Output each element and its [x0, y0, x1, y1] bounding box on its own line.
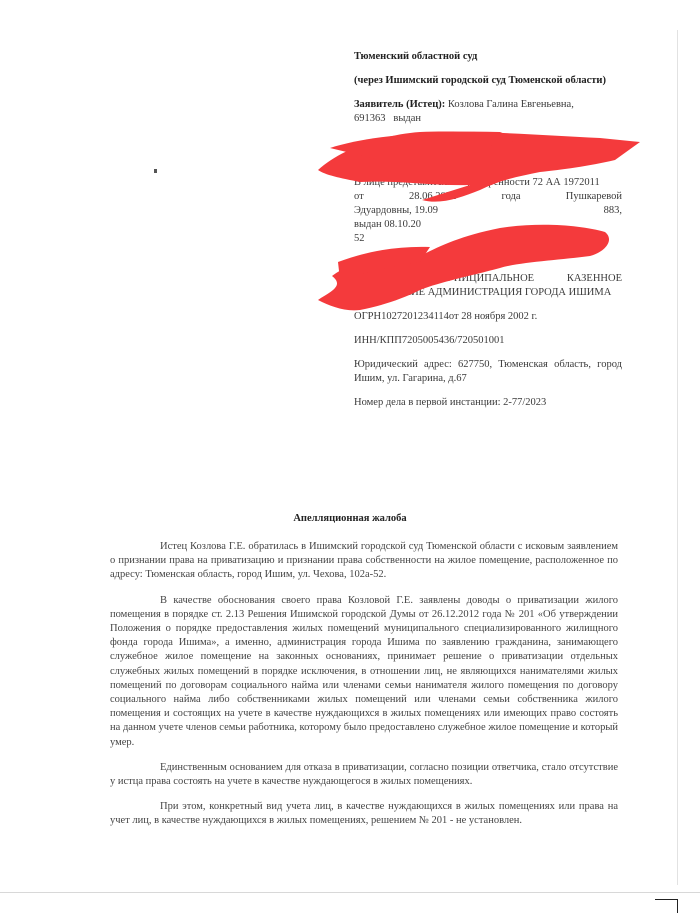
court-name: Тюменский областной суд: [354, 50, 622, 64]
ogrn: ОГРН1027201234114от 28 ноября 2002 г.: [354, 310, 622, 324]
document-body: Истец Козлова Г.Е. обратилась в Ишимский…: [110, 540, 618, 840]
respondent-label: Ответчик:: [354, 273, 404, 284]
paragraph-4: При этом, конкретный вид учета лиц, в ка…: [110, 800, 618, 828]
applicant-fragment-inn: ИНН:: [354, 140, 622, 154]
addressee-block: Тюменский областной суд (через Ишимский …: [354, 50, 622, 420]
document-title: Апелляционная жалоба: [0, 513, 700, 524]
page-corner-mark: [655, 899, 678, 913]
applicant-name: Козлова Галина Евгеньевна,: [448, 99, 574, 110]
scan-bottom-edge: [0, 892, 700, 893]
inn-kpp: ИНН/КПП7205005436/720501001: [354, 334, 622, 348]
case-number: Номер дела в первой инстанции: 2-77/2023: [354, 396, 622, 410]
applicant-fragment-passport: 691363 выдан: [354, 112, 604, 126]
legal-address: Юридический адрес: 627750, Тюменская обл…: [354, 358, 622, 386]
applicant-fragment-inn-value: 72069: [354, 155, 380, 166]
applicant: Заявитель (Истец): Козлова Галина Евгень…: [354, 98, 622, 168]
document-page: Тюменский областной суд (через Ишимский …: [0, 0, 700, 913]
via-court: (через Ишимский городской суд Тюменской …: [354, 74, 622, 88]
representative: В лице представителя по доверенности 72 …: [354, 176, 622, 246]
respondent: Ответчик: МУНИЦИПАЛЬНОЕ КАЗЕННОЕ УЧРЕЖДЕ…: [354, 272, 622, 300]
scan-speck: [154, 169, 157, 173]
paragraph-1: Истец Козлова Г.Е. обратилась в Ишимский…: [110, 540, 618, 583]
applicant-label: Заявитель (Истец):: [354, 99, 445, 110]
scan-right-edge: [677, 30, 678, 885]
paragraph-2: В качестве обоснования своего права Козл…: [110, 594, 618, 750]
paragraph-3: Единственным основанием для отказа в при…: [110, 761, 618, 789]
